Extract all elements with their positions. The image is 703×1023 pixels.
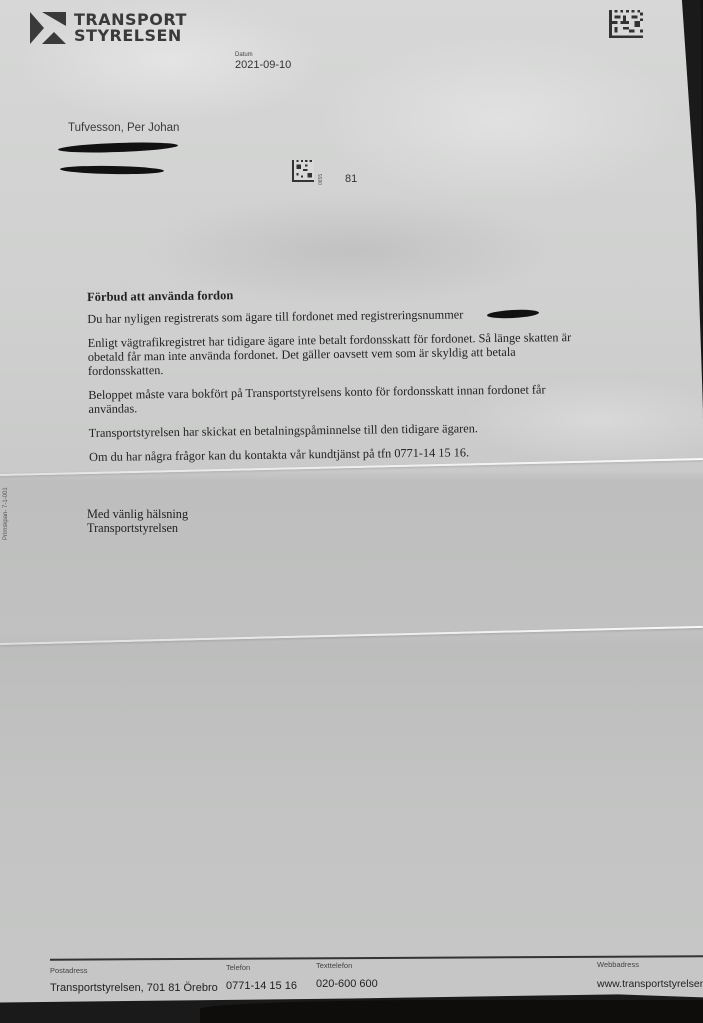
table-background <box>200 1000 703 1023</box>
closing-sender: Transportstyrelsen <box>87 521 188 535</box>
closing-greeting: Med vänlig hälsning <box>87 507 188 521</box>
footer-telefon-label: Telefon <box>226 963 250 972</box>
letter-paragraph: Transportstyrelsen har skickat en betaln… <box>89 420 579 440</box>
recipient-name: Tufvesson, Per Johan <box>68 122 179 134</box>
footer-texttelefon-label: Texttelefon <box>316 961 352 970</box>
letter-date: 2021-09-10 <box>235 59 291 71</box>
datamatrix-code-icon <box>609 9 643 39</box>
footer-webbadress-label: Webbadress <box>597 960 639 969</box>
letter-closing: Med vänlig hälsning Transportstyrelsen <box>87 507 188 535</box>
side-print-code: Primskpan- 7-1-001 <box>3 487 9 540</box>
footer-texttelefon: 020-600 600 <box>316 978 378 990</box>
transportstyrelsen-logo: TRANSPORT STYRELSEN <box>30 12 187 44</box>
letter-paragraph: Beloppet måste vara bokfört på Transport… <box>88 382 578 416</box>
datamatrix-code-icon <box>292 160 314 182</box>
footer-webbadress: www.transportstyrelsen <box>597 978 703 990</box>
vertical-code: 0655 <box>318 174 324 185</box>
letter-paragraph: Enligt vägtrafikregistret har tidigare ä… <box>88 330 578 378</box>
footer-telefon: 0771-14 15 16 <box>226 980 297 992</box>
letter-paragraph: Om du har några frågor kan du kontakta v… <box>89 444 579 464</box>
footer-postadress-label: Postadress <box>50 966 88 975</box>
page-code: 81 <box>345 173 357 185</box>
logo-mark-icon <box>30 12 66 44</box>
date-label: Datum <box>235 52 253 58</box>
logo-text: TRANSPORT STYRELSEN <box>74 12 187 44</box>
footer-postadress: Transportstyrelsen, 701 81 Örebro <box>50 982 218 994</box>
